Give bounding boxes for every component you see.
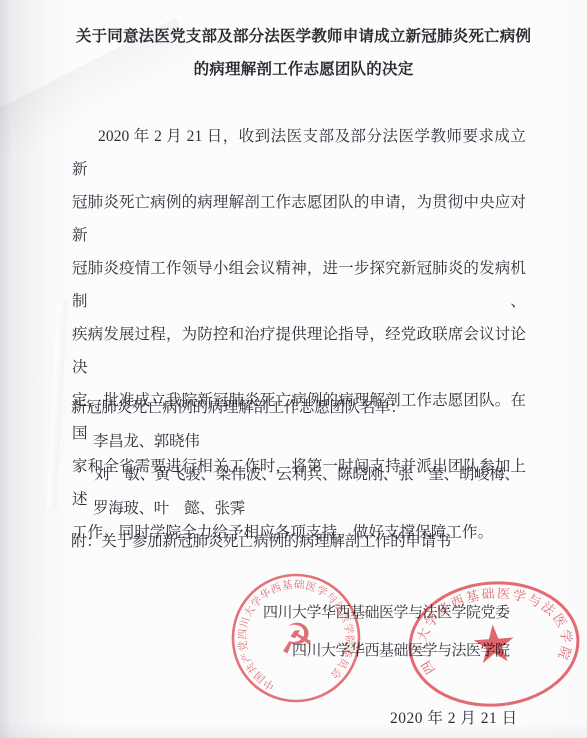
paper-crease	[47, 300, 68, 510]
party-committee-seal: 中国共产党四川大学华西基础医学与法医学院委员会 ☭	[216, 558, 376, 718]
document-title-line-2: 的病理解剖工作志愿团队的决定	[10, 53, 587, 86]
signature-org-party-committee: 四川大学华西基础医学与法医学院党委	[263, 601, 510, 622]
seal-ring-text: 中国共产党四川大学华西基础医学与法医学院委员会	[228, 570, 362, 696]
document-title: 关于同意法医党支部及部分法医学教师申请成立新冠肺炎死亡病例 的病理解剖工作志愿团…	[10, 20, 587, 86]
signature-org-college: 四川大学华西基础医学与法医学院	[292, 639, 510, 660]
body-line: 冠肺炎疫情工作领导小组会议精神，进一步探究新冠肺炎的发病机制、	[72, 252, 526, 318]
seal-ring-border	[225, 567, 367, 709]
document-title-line-1: 关于同意法医党支部及部分法医学教师申请成立新冠肺炎死亡病例	[10, 20, 587, 53]
scanned-document-page: 关于同意法医党支部及部分法医学教师申请成立新冠肺炎死亡病例 的病理解剖工作志愿团…	[0, 0, 587, 738]
roster-members-line-2: 罗海玻、叶 懿、张霁	[71, 492, 543, 526]
seal-ring-text: 四川大学华西基础医学与法医学院	[410, 580, 576, 677]
body-line: 冠肺炎死亡病例的病理解剖工作志愿团队的申请，为贯彻中央应对新	[72, 186, 526, 252]
attachment-note: 附：关于参加新冠肺炎死亡病例的病理解剖工作的申请书	[71, 525, 543, 559]
document-date: 2020 年 2 月 21 日	[390, 706, 518, 728]
roster-heading: 新冠肺炎死亡病例的病理解剖工作志愿团队名单：	[71, 391, 543, 425]
body-line: 疾病发展过程，为防控和治疗提供理论指导，经党政联席会议讨论决	[72, 318, 526, 384]
roster-leaders: 李昌龙、郭晓伟	[71, 425, 543, 459]
body-line: 2020 年 2 月 21 日，收到法医支部及部分法医学教师要求成立新	[72, 120, 526, 186]
roster-members-line-1: 刘 敏、黄飞骏、梁伟波、云利兵、陈晓刚、张 奎、胡峻梅、	[71, 458, 543, 492]
volunteer-team-roster: 新冠肺炎死亡病例的病理解剖工作志愿团队名单： 李昌龙、郭晓伟 刘 敏、黄飞骏、梁…	[71, 391, 543, 559]
